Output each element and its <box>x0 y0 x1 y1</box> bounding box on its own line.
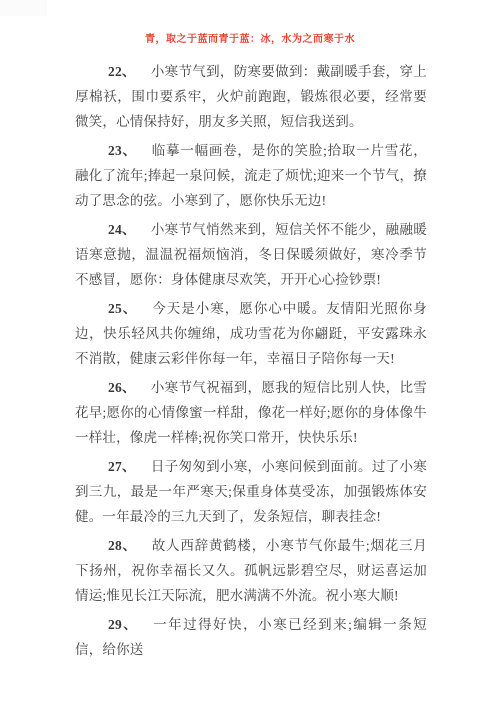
paragraph-29: 29、一年过得好快，小寒已经到来;编辑一条短信，给你送 <box>75 612 427 662</box>
paragraph-number: 29、 <box>108 617 138 632</box>
paragraph-number: 25、 <box>108 301 137 316</box>
scan-artifact <box>0 0 47 16</box>
document-body: 22、小寒节气到，防寒要做到：戴副暖手套，穿上厚棉袄，围巾要系牢，火炉前跑跑，锻… <box>75 59 427 666</box>
paragraph-28: 28、故人西辞黄鹤楼，小寒节气你最牛;烟花三月下扬州，祝你幸福长又久。孤帆远影碧… <box>75 533 427 608</box>
paragraph-24: 24、小寒节气悄然来到，短信关怀不能少，融融暖语寒意抛，温温祝福烦恼消，冬日保暖… <box>75 217 427 292</box>
paragraph-22: 22、小寒节气到，防寒要做到：戴副暖手套，穿上厚棉袄，围巾要系牢，火炉前跑跑，锻… <box>75 59 427 134</box>
paragraph-23: 23、临摹一幅画卷，是你的笑脸;拾取一片雪花，融化了流年;捧起一泉问候，流走了烦… <box>75 138 427 213</box>
paragraph-number: 22、 <box>108 64 136 79</box>
paragraph-number: 23、 <box>108 143 137 158</box>
paragraph-number: 28、 <box>108 538 137 553</box>
page-header-quote: 青，取之于蓝而青于蓝：冰，水为之而寒于水 <box>0 33 500 47</box>
document-page: 青，取之于蓝而青于蓝：冰，水为之而寒于水 22、小寒节气到，防寒要做到：戴副暖手… <box>0 0 500 708</box>
paragraph-25: 25、今天是小寒，愿你心中暖。友情阳光照你身边，快乐轻风共你缠绵，成功雪花为你翩… <box>75 296 427 371</box>
paragraph-27: 27、日子匆匆到小寒，小寒问候到面前。过了小寒到三九，最是一年严寒天;保重身体莫… <box>75 454 427 529</box>
paragraph-26: 26、小寒节气祝福到，愿我的短信比别人快，比雪花早;愿你的心情像蜜一样甜，像花一… <box>75 375 427 450</box>
paragraph-number: 24、 <box>108 222 136 237</box>
paragraph-number: 26、 <box>108 380 136 395</box>
paragraph-number: 27、 <box>108 459 136 474</box>
